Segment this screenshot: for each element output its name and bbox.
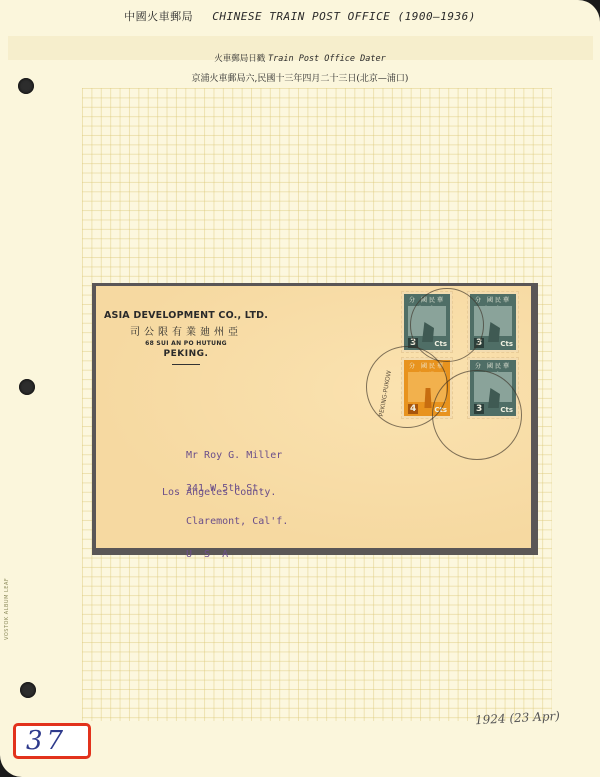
page-title-en: CHINESE TRAIN POST OFFICE (1900—1936) [212, 10, 476, 23]
subtitle-cn: 火車郵局日戳 [214, 54, 265, 64]
album-imprint: VOSTOK ALBUM LEAF [4, 578, 10, 640]
sender-block: ASIA DEVELOPMENT CO., LTD. 司公限有業廸州亞 68 S… [96, 310, 276, 365]
sender-city: PEKING. [96, 349, 276, 359]
sender-address: 68 SUI AN PO HUTUNG [96, 340, 276, 347]
recipient-address: Mr Roy G. Miller 341 W 5th St. Claremont… [186, 428, 288, 582]
binder-hole-icon [20, 682, 36, 698]
recipient-line: Claremont, Cal'f. [186, 516, 288, 527]
sender-company-cn: 司公限有業廸州亞 [96, 323, 276, 338]
handwritten-date: 1924 (23 Apr) [475, 709, 561, 727]
envelope-cover: ASIA DEVELOPMENT CO., LTD. 司公限有業廸州亞 68 S… [96, 286, 531, 548]
page-subtitle: 火車郵局日戳 Train Post Office Dater [0, 52, 600, 64]
sender-company: ASIA DEVELOPMENT CO., LTD. [96, 310, 276, 321]
recipient-line: Mr Roy G. Miller [186, 450, 288, 461]
lot-number: 37 [26, 726, 67, 756]
stamp-unit: Cts [500, 340, 513, 348]
postmark-icon [432, 370, 522, 460]
recipient-line: U S A [186, 549, 288, 560]
album-page: 中國火車郵局 CHINESE TRAIN POST OFFICE (1900—1… [0, 0, 600, 777]
binder-hole-icon [19, 379, 35, 395]
subtitle-en: Train Post Office Dater [268, 54, 386, 64]
stamp-inscription: 分 國民華中 叁 [473, 296, 513, 305]
page-title: 中國火車郵局 CHINESE TRAIN POST OFFICE (1900—1… [0, 8, 600, 24]
recipient-county: Los Angeles County. [162, 487, 276, 498]
divider [172, 364, 200, 365]
lot-number-label: 37 [13, 723, 91, 759]
binder-hole-icon [18, 78, 34, 94]
route-description: 京浦火車郵局六,民國十三年四月二十三日(北京—浦口) [0, 71, 600, 84]
page-title-cn: 中國火車郵局 [124, 10, 193, 23]
